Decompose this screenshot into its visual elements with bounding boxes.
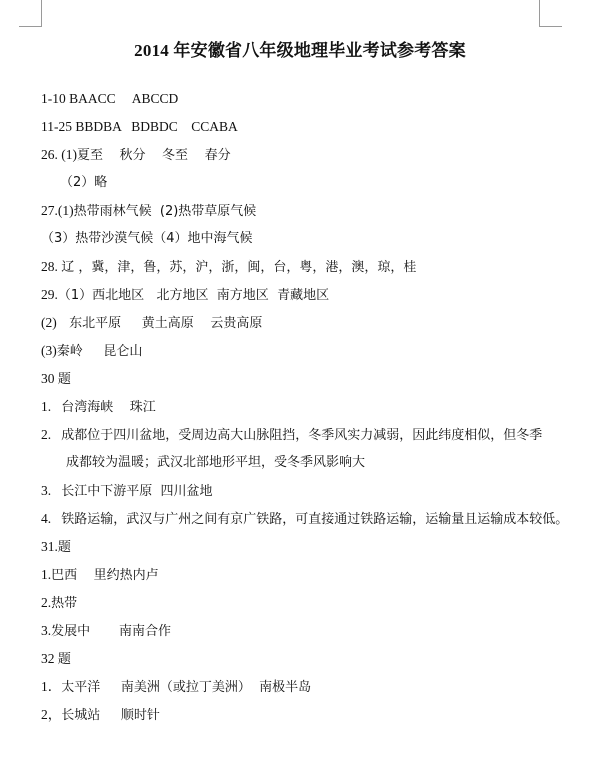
answer-text: 台湾海峡 珠江	[61, 400, 156, 415]
answer-number: 26. (1)	[41, 147, 77, 162]
answer-line: 29.（1）西北地区 北方地区 南方地区 青藏地区	[41, 287, 329, 304]
answer-number: 27.(1)	[41, 203, 74, 218]
answer-text: 夏至 秋分 冬至 春分	[77, 148, 231, 163]
answer-text: 题	[58, 652, 71, 667]
answer-text: 铁路运输，武汉与广州之间有京广铁路，可直接通过铁路运输，运输量且运输成本较低。	[61, 512, 568, 527]
answer-line: 成都较为温暖；武汉北部地形平坦，受冬季风影响大	[66, 455, 365, 471]
answer-number: 3.	[41, 483, 61, 498]
answer-number: 1.	[41, 567, 51, 582]
answer-text: 题	[58, 372, 71, 387]
answer-number: 30	[41, 371, 58, 386]
answer-text: 辽 ，冀，津，鲁，苏，沪，浙，闽，台，粤，港，澳，琼，桂	[61, 260, 416, 275]
answer-number: 3.	[41, 623, 51, 638]
answer-number: (2)	[41, 315, 57, 330]
answer-text: 长江中下游平原 四川盆地	[61, 484, 212, 499]
answer-line: 3. 长江中下游平原 四川盆地	[41, 483, 213, 500]
answer-line: 2.热带	[41, 595, 77, 612]
answer-line: 11-25 BBDBA BDBDC CCABA	[41, 119, 238, 136]
answer-number: 32	[41, 651, 58, 666]
answer-text: 东北平原 黄土高原 云贵高原	[57, 316, 263, 331]
answer-number: 31.	[41, 539, 58, 554]
answer-text: （3）热带沙漠气候（4）地中海气候	[41, 231, 253, 246]
answer-number: 1．	[41, 679, 61, 694]
answer-line: 32 题	[41, 651, 71, 668]
answer-text: （2）略	[60, 175, 107, 190]
answer-number: 1.	[41, 399, 61, 414]
page-corner-mark-top-left	[19, 0, 42, 27]
answer-number: 29.	[41, 287, 58, 302]
answer-line: 1. 台湾海峡 珠江	[41, 399, 156, 416]
answer-text: 巴西 里约热内卢	[51, 568, 159, 583]
answer-line: 30 题	[41, 371, 71, 388]
answer-line: (3)秦岭 昆仑山	[41, 343, 142, 360]
answer-number: 28.	[41, 259, 61, 274]
document-title: 2014 年安徽省八年级地理毕业考试参考答案	[0, 36, 600, 61]
answer-text: 秦岭 昆仑山	[57, 344, 143, 359]
answer-text: 成都较为温暖；武汉北部地形平坦，受冬季风影响大	[66, 455, 365, 470]
answer-line: 31.题	[41, 539, 71, 556]
answer-text: 1-10 BAACC ABCCD	[41, 91, 178, 106]
answer-line: 4. 铁路运输，武汉与广州之间有京广铁路，可直接通过铁路运输，运输量且运输成本较…	[41, 511, 568, 528]
answer-line: 26. (1)夏至 秋分 冬至 春分	[41, 147, 231, 164]
answer-line: 1．太平洋 南美洲（或拉丁美洲） 南极半岛	[41, 679, 311, 696]
page-corner-mark-top-right	[539, 0, 562, 27]
answer-text: 11-25 BBDBA BDBDC CCABA	[41, 119, 238, 134]
answer-line: 2，长城站 顺时针	[41, 707, 160, 724]
answer-line: 27.(1)热带雨林气候 (2)热带草原气候	[41, 203, 256, 220]
answer-line: 1-10 BAACC ABCCD	[41, 91, 178, 108]
answer-number: 2.	[41, 595, 51, 610]
answer-text: 题	[58, 540, 71, 555]
answer-line: (2) 东北平原 黄土高原 云贵高原	[41, 315, 262, 332]
answer-text: 长城站 顺时针	[61, 708, 160, 723]
answer-number: 2.	[41, 427, 61, 442]
answer-text: 成都位于四川盆地，受周边高大山脉阻挡，冬季风实力减弱，因此纬度相似，但冬季	[61, 428, 542, 443]
answer-line: 2. 成都位于四川盆地，受周边高大山脉阻挡，冬季风实力减弱，因此纬度相似，但冬季	[41, 427, 542, 444]
answer-line: 1.巴西 里约热内卢	[41, 567, 159, 584]
answer-number: 2，	[41, 707, 61, 722]
answer-text: 热带雨林气候 (2)热带草原气候	[74, 204, 257, 219]
answer-line: （2）略	[60, 175, 107, 191]
answer-text: 太平洋 南美洲（或拉丁美洲） 南极半岛	[61, 680, 311, 695]
answer-line: 28. 辽 ，冀，津，鲁，苏，沪，浙，闽，台，粤，港，澳，琼，桂	[41, 259, 416, 276]
answer-line: （3）热带沙漠气候（4）地中海气候	[41, 231, 253, 247]
answer-number: 4.	[41, 511, 61, 526]
answer-text: （1）西北地区 北方地区 南方地区 青藏地区	[58, 288, 329, 303]
answer-number: (3)	[41, 343, 57, 358]
answer-text: 发展中 南南合作	[51, 624, 171, 639]
answer-line: 3.发展中 南南合作	[41, 623, 171, 640]
answer-text: 热带	[51, 596, 77, 611]
